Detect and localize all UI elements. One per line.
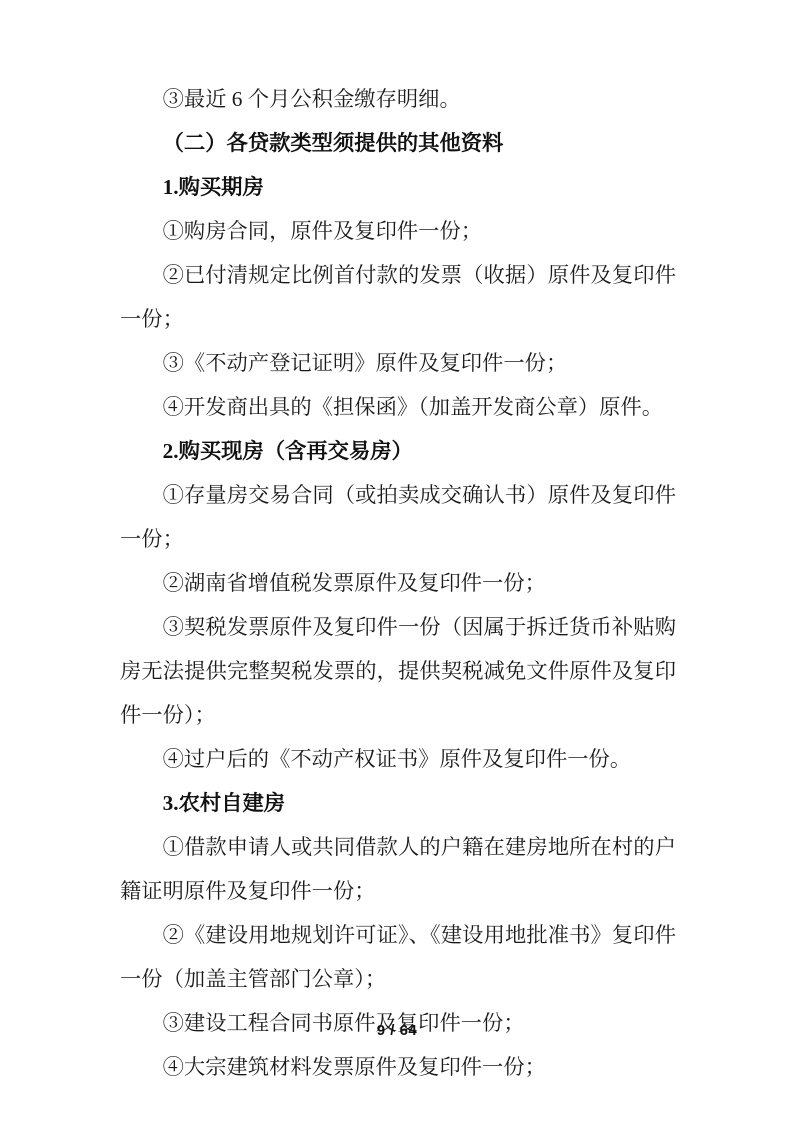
paragraph: ①存量房交易合同（或拍卖成交确认书）原件及复印件一份； (120, 473, 676, 561)
section-heading: （二）各贷款类型须提供的其他资料 (120, 121, 676, 165)
numbered-heading: 1.购买期房 (120, 165, 676, 209)
paragraph: ④开发商出具的《担保函》（加盖开发商公章）原件。 (120, 385, 676, 429)
paragraph: ③《不动产登记证明》原件及复印件一份； (120, 341, 676, 385)
paragraph: ②已付清规定比例首付款的发票（收据）原件及复印件一份； (120, 253, 676, 341)
paragraph: ②湖南省增值税发票原件及复印件一份； (120, 561, 676, 605)
paragraph: ②《建设用地规划许可证》、《建设用地批准书》复印件一份（加盖主管部门公章）； (120, 913, 676, 1001)
numbered-heading: 2.购买现房（含再交易房） (120, 429, 676, 473)
paragraph: ③契税发票原件及复印件一份（因属于拆迁货币补贴购房无法提供完整契税发票的，提供契… (120, 605, 676, 737)
paragraph: ④过户后的《不动产权证书》原件及复印件一份。 (120, 737, 676, 781)
page-number: 9 / 64 (0, 1022, 794, 1039)
document-body: ③最近 6 个月公积金缴存明细。 （二）各贷款类型须提供的其他资料 1.购买期房… (120, 77, 676, 1089)
paragraph: ④大宗建筑材料发票原件及复印件一份； (120, 1045, 676, 1089)
paragraph: ③最近 6 个月公积金缴存明细。 (120, 77, 676, 121)
numbered-heading: 3.农村自建房 (120, 781, 676, 825)
paragraph: ①借款申请人或共同借款人的户籍在建房地所在村的户籍证明原件及复印件一份； (120, 825, 676, 913)
paragraph: ①购房合同，原件及复印件一份； (120, 209, 676, 253)
document-page: ③最近 6 个月公积金缴存明细。 （二）各贷款类型须提供的其他资料 1.购买期房… (0, 0, 794, 1122)
